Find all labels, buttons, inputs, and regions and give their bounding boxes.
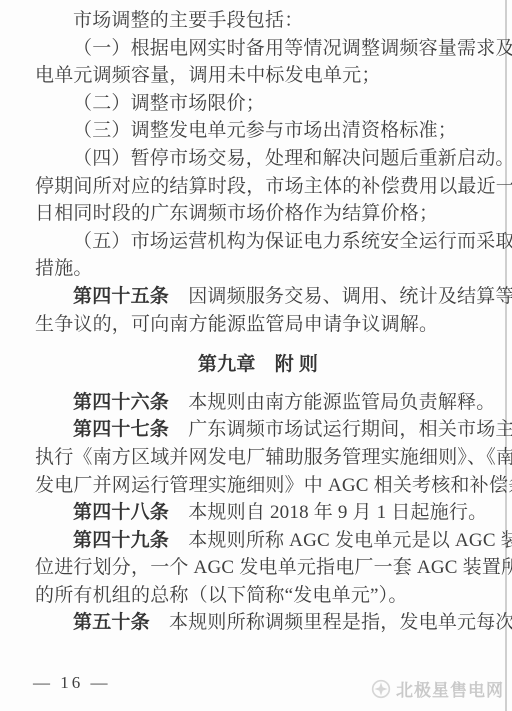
article-text: 因调频服务交易、调用、统计及结算等情况发 bbox=[169, 286, 512, 307]
article-number: 第四十六条 bbox=[73, 392, 169, 413]
text-line: （三）调整发电单元参与市场出清资格标准； bbox=[35, 117, 481, 145]
chapter-heading: 第九章 附 则 bbox=[35, 351, 481, 379]
text-line: （一）根据电网实时备用等情况调整调频容量需求及中标发 bbox=[35, 35, 481, 63]
article-text: 本规则自 2018 年 9 月 1 日起施行。 bbox=[169, 502, 487, 523]
text-line: 第四十七条 广东调频市场试运行期间，相关市场主体暂停 bbox=[35, 416, 481, 444]
text-line: 执行《南方区域并网发电厂辅助服务管理实施细则》、《南方区域 bbox=[35, 444, 481, 472]
text-line: 位进行划分，一个 AGC 发电单元指电厂一套 AGC 装置所控制 bbox=[35, 554, 481, 582]
text-line: 停期间所对应的结算时段，市场主体的补偿费用以最近一个交易 bbox=[35, 173, 481, 201]
watermark-text: 北极星售电网 bbox=[396, 676, 504, 701]
text-line: 的所有机组的总称（以下简称“发电单元”）。 bbox=[35, 582, 481, 610]
text-line: （二）调整市场限价； bbox=[35, 90, 481, 118]
text-line: 措施。 bbox=[35, 255, 481, 283]
text-line: 电单元调频容量，调用未中标发电单元； bbox=[35, 62, 481, 90]
text-line: 生争议的，可向南方能源监管局申请争议调解。 bbox=[35, 311, 481, 339]
text-line: 第五十条 本规则所称调频里程是指，发电单元每次响应 bbox=[35, 609, 481, 637]
polaris-star-logo-icon bbox=[371, 679, 391, 699]
text-line: 第四十六条 本规则由南方能源监管局负责解释。 bbox=[35, 389, 481, 417]
document-page: 市场调整的主要手段包括：（一）根据电网实时备用等情况调整调频容量需求及中标发电单… bbox=[0, 0, 512, 711]
text-line: 日相同时段的广东调频市场价格作为结算价格； bbox=[35, 200, 481, 228]
text-line: （四）暂停市场交易，处理和解决问题后重新启动。市场暂 bbox=[35, 145, 481, 173]
text-line: 第四十九条 本规则所称 AGC 发电单元是以 AGC 装置为单 bbox=[35, 527, 481, 555]
article-text: 本规则所称调频里程是指，发电单元每次响应 bbox=[150, 612, 512, 633]
article-number: 第四十九条 bbox=[73, 530, 169, 551]
page-number: — 16 — bbox=[33, 673, 111, 693]
scan-edge-line bbox=[505, 0, 507, 711]
article-number: 第四十八条 bbox=[73, 502, 169, 523]
watermark: 北极星售电网 bbox=[371, 676, 504, 701]
article-number: 第四十五条 bbox=[73, 286, 169, 307]
article-text: 本规则所称 AGC 发电单元是以 AGC 装置为单 bbox=[169, 530, 512, 551]
text-line: （五）市场运营机构为保证电力系统安全运行而采取的必要 bbox=[35, 228, 481, 256]
article-number: 第四十七条 bbox=[73, 419, 169, 440]
document-body: 市场调整的主要手段包括：（一）根据电网实时备用等情况调整调频容量需求及中标发电单… bbox=[35, 7, 481, 637]
article-text: 广东调频市场试运行期间，相关市场主体暂停 bbox=[169, 419, 512, 440]
text-line: 第四十八条 本规则自 2018 年 9 月 1 日起施行。 bbox=[35, 499, 481, 527]
text-line: 市场调整的主要手段包括： bbox=[35, 7, 481, 35]
article-text: 本规则由南方能源监管局负责解释。 bbox=[169, 392, 495, 413]
text-line: 发电厂并网运行管理实施细则》中 AGC 相关考核和补偿条款。 bbox=[35, 472, 481, 500]
article-number: 第五十条 bbox=[73, 612, 150, 633]
text-line: 第四十五条 因调频服务交易、调用、统计及结算等情况发 bbox=[35, 283, 481, 311]
